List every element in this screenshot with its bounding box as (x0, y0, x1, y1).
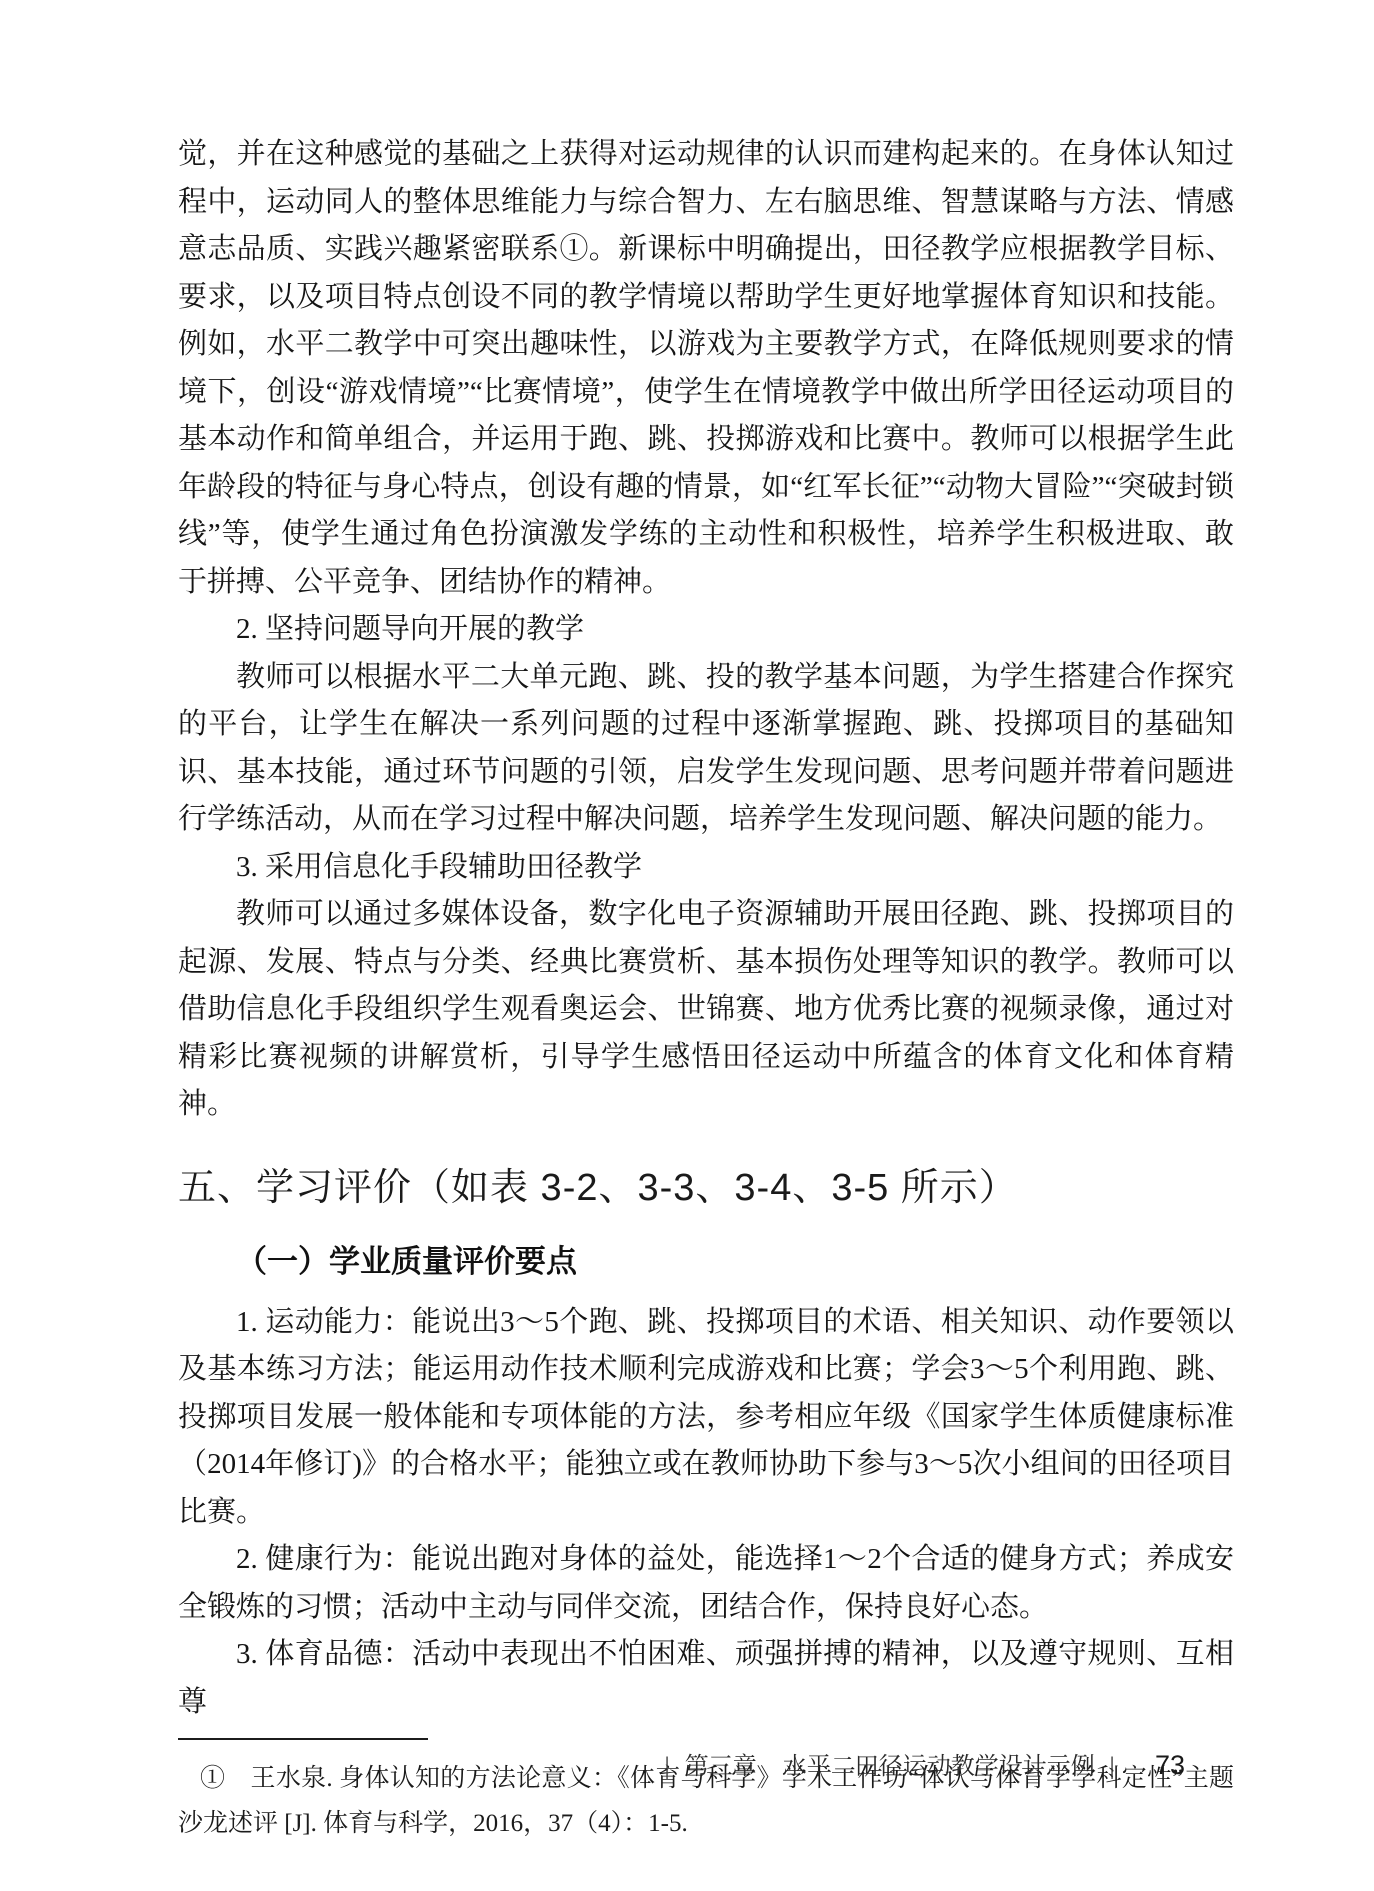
footer-chapter-label: 第三章 (685, 1746, 757, 1781)
footer-left-bar: | (665, 1753, 669, 1781)
numbered-heading-3: 3. 采用信息化手段辅助田径教学 (178, 844, 1234, 892)
footer-chapter-title: 水平二田径运动教学设计示例 (783, 1746, 1095, 1781)
page-number: 73 (1155, 1750, 1185, 1781)
evaluation-item-sport-ability: 1. 运动能力：能说出3～5个跑、跳、投掷项目的术语、相关知识、动作要领以及基本… (178, 1299, 1234, 1537)
page-body: 觉，并在这种感觉的基础之上获得对运动规律的认识而建构起来的。在身体认知过程中，运… (178, 131, 1234, 1846)
section-heading-learning-evaluation: 五、学习评价（如表 3-2、3-3、3-4、3-5 所示） (178, 1159, 1234, 1217)
subsection-heading-quality-evaluation-points: （一）学业质量评价要点 (178, 1237, 1234, 1287)
page-footer: | 第三章 水平二田径运动教学设计示例 | 73 (650, 1746, 1185, 1781)
footer-right-bar: | (1110, 1753, 1114, 1781)
document-page: 觉，并在这种感觉的基础之上获得对运动规律的认识而建构起来的。在身体认知过程中，运… (0, 0, 1374, 1891)
numbered-heading-2: 2. 坚持问题导向开展的教学 (178, 606, 1234, 654)
paragraph-continued-from-previous-page: 觉，并在这种感觉的基础之上获得对运动规律的认识而建构起来的。在身体认知过程中，运… (178, 131, 1234, 606)
evaluation-item-sport-morality-truncated: 3. 体育品德：活动中表现出不怕困难、顽强拼搏的精神，以及遵守规则、互相尊 (178, 1631, 1234, 1726)
evaluation-item-health-behavior: 2. 健康行为：能说出跑对身体的益处，能选择1～2个合适的健身方式；养成安全锻炼… (178, 1536, 1234, 1631)
paragraph-problem-oriented-teaching: 教师可以根据水平二大单元跑、跳、投的教学基本问题，为学生搭建合作探究的平台，让学… (178, 654, 1234, 844)
paragraph-informatization-teaching: 教师可以通过多媒体设备，数字化电子资源辅助开展田径跑、跳、投掷项目的起源、发展、… (178, 891, 1234, 1129)
footnote-separator-rule (178, 1738, 428, 1740)
